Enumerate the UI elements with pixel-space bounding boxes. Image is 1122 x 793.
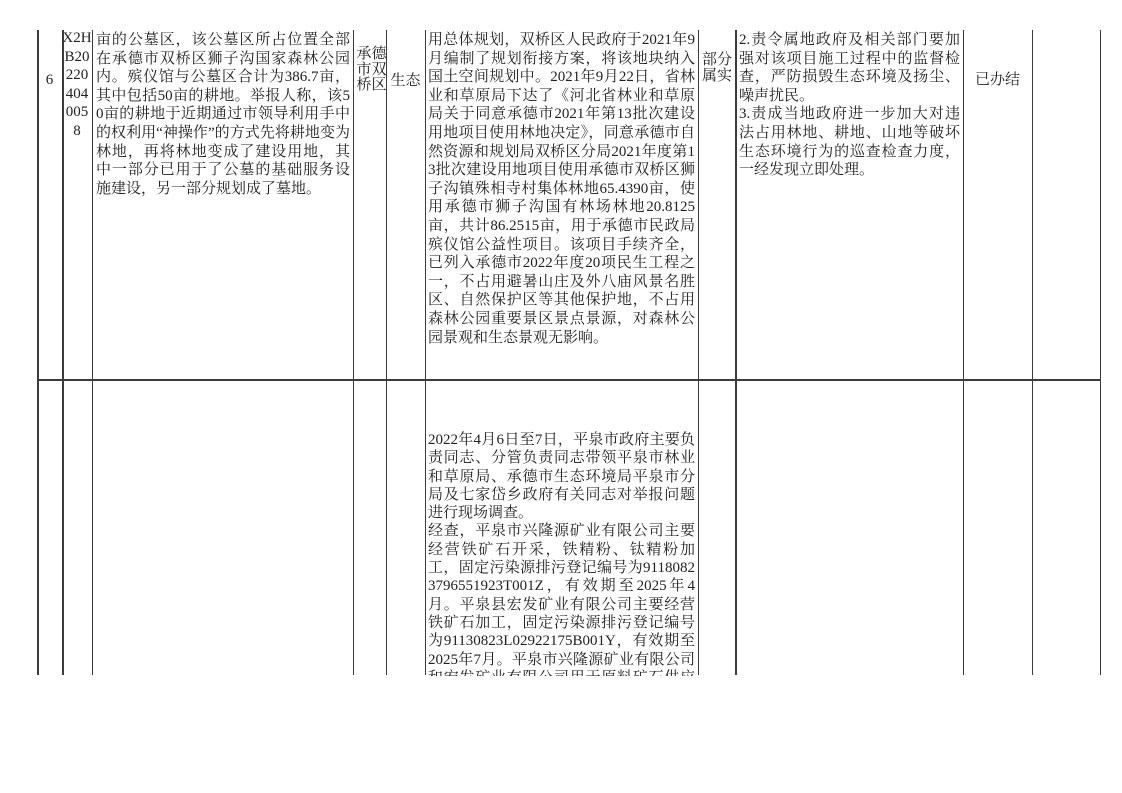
row1-investigation-cell: 用总体规划，双桥区人民政府于2021年9月编制了规划衔接方案，将该地块纳入国土空…: [428, 31, 695, 347]
row2-investigation-cell: 2022年4月6日至7日，平泉市政府主要负责同志、分管负责同志带领平泉市林业和草…: [428, 431, 698, 676]
table-border-left: [37, 30, 39, 675]
row2-investigation-text: 2022年4月6日至7日，平泉市政府主要负责同志、分管负责同志带领平泉市林业和草…: [428, 431, 695, 676]
row1-measures-cell: 2.责令属地政府及相关部门要加强对该项目施工过程中的监督检查，严防损毁生态环境及…: [739, 31, 960, 180]
row1-verdict-cell: 部分属实: [701, 53, 733, 84]
row1-complaint-cell: 亩的公墓区，该公墓区所占位置全部在承德市双桥区狮子沟国家森林公园内。殡仪馆与公墓…: [96, 31, 350, 198]
column-divider-status: [1032, 30, 1034, 675]
row1-region-cell: 承德市双桥区: [356, 47, 387, 94]
row-divider: [37, 379, 1101, 381]
column-divider-region: [386, 30, 388, 675]
row1-case-id-cell: X2H B20 220 404 005 8: [62, 29, 92, 141]
column-divider-measures: [963, 30, 965, 675]
document-page: 6 X2H B20 220 404 005 8 亩的公墓区，该公墓区所占位置全部…: [0, 0, 1122, 793]
column-divider-category: [425, 30, 427, 675]
row1-seq-cell: 6: [37, 71, 62, 90]
table-border-right: [1100, 30, 1102, 675]
column-divider-complaint: [353, 30, 355, 675]
column-divider-verdict: [735, 30, 737, 675]
row1-status-cell: 已办结: [963, 71, 1032, 90]
row1-category-cell: 生态: [386, 72, 425, 91]
